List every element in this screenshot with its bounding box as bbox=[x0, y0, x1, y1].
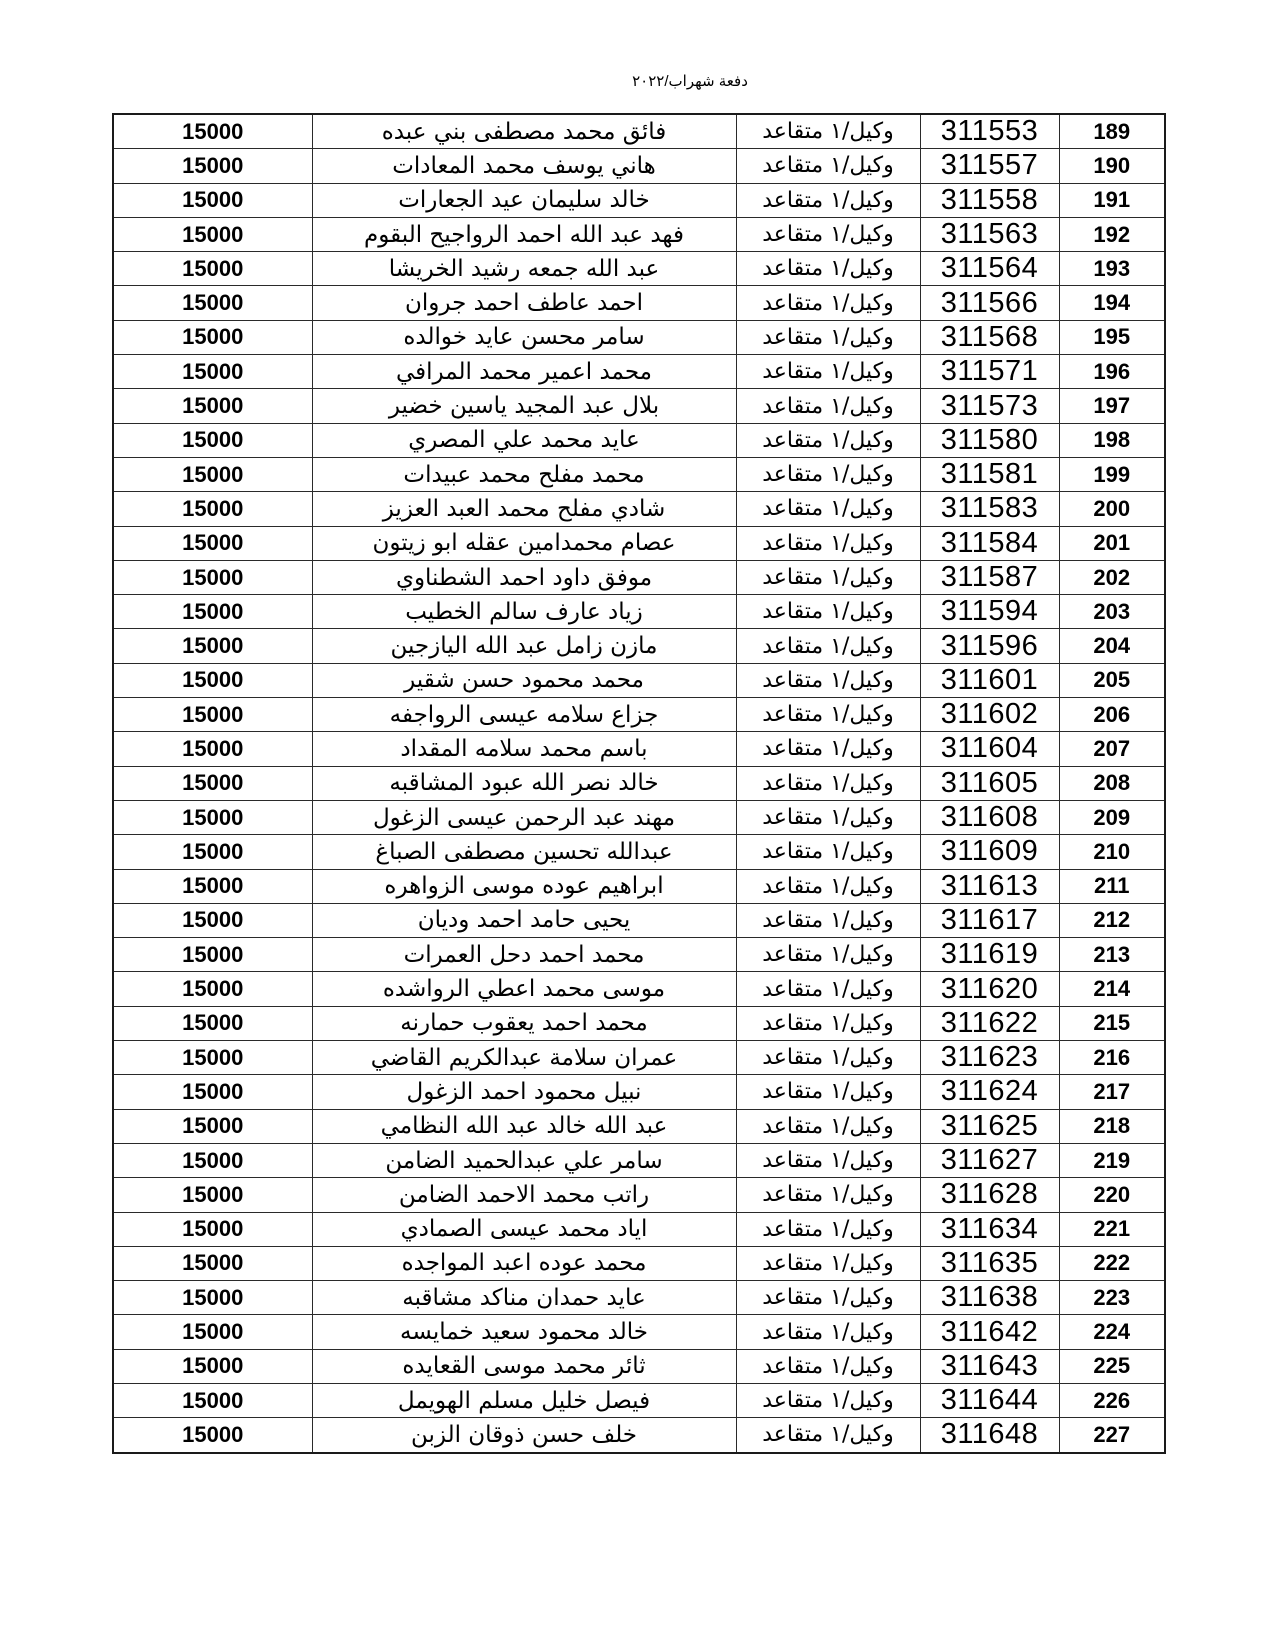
name-cell: محمد عوده اعبد المواجده bbox=[312, 1246, 736, 1280]
amount-cell: 15000 bbox=[113, 1349, 312, 1383]
military-id-cell: 311638 bbox=[920, 1281, 1059, 1315]
name-cell: خالد نصر الله عبود المشاقبه bbox=[312, 766, 736, 800]
military-id-cell: 311557 bbox=[920, 149, 1059, 183]
name-cell: محمد اعمير محمد المرافي bbox=[312, 355, 736, 389]
name-cell: عمران سلامة عبدالكريم القاضي bbox=[312, 1041, 736, 1075]
military-id-cell: 311596 bbox=[920, 629, 1059, 663]
military-id-cell: 311568 bbox=[920, 320, 1059, 354]
sequence-number-cell: 195 bbox=[1059, 320, 1165, 354]
name-cell: شادي مفلح محمد العبد العزيز bbox=[312, 492, 736, 526]
table-row: 15000سامر علي عبدالحميد الضامنوكيل/١ متق… bbox=[113, 1143, 1165, 1177]
sequence-number-cell: 190 bbox=[1059, 149, 1165, 183]
amount-cell: 15000 bbox=[113, 800, 312, 834]
table-row: 15000محمد احمد دحل العمراتوكيل/١ متقاعد3… bbox=[113, 938, 1165, 972]
military-id-cell: 311628 bbox=[920, 1178, 1059, 1212]
sequence-number-cell: 221 bbox=[1059, 1212, 1165, 1246]
sequence-number-cell: 194 bbox=[1059, 286, 1165, 320]
military-id-cell: 311627 bbox=[920, 1143, 1059, 1177]
rank-cell: وكيل/١ متقاعد bbox=[736, 1349, 920, 1383]
sequence-number-cell: 192 bbox=[1059, 217, 1165, 251]
table-row: 15000فائق محمد مصطفى بني عبدهوكيل/١ متقا… bbox=[113, 114, 1165, 149]
roster-table: 15000فائق محمد مصطفى بني عبدهوكيل/١ متقا… bbox=[112, 113, 1166, 1454]
amount-cell: 15000 bbox=[113, 423, 312, 457]
table-row: 15000موفق داود احمد الشطناويوكيل/١ متقاع… bbox=[113, 560, 1165, 594]
amount-cell: 15000 bbox=[113, 560, 312, 594]
table-row: 15000جزاع سلامه عيسى الرواجفهوكيل/١ متقا… bbox=[113, 698, 1165, 732]
military-id-cell: 311635 bbox=[920, 1246, 1059, 1280]
name-cell: عبد الله جمعه رشيد الخريشا bbox=[312, 252, 736, 286]
military-id-cell: 311624 bbox=[920, 1075, 1059, 1109]
table-row: 15000شادي مفلح محمد العبد العزيزوكيل/١ م… bbox=[113, 492, 1165, 526]
military-id-cell: 311609 bbox=[920, 835, 1059, 869]
document-title: دفعة شهراب/٢٠٢٢ bbox=[0, 72, 1275, 90]
rank-cell: وكيل/١ متقاعد bbox=[736, 355, 920, 389]
table-row: 15000اياد محمد عيسى الصماديوكيل/١ متقاعد… bbox=[113, 1212, 1165, 1246]
amount-cell: 15000 bbox=[113, 1418, 312, 1453]
sequence-number-cell: 217 bbox=[1059, 1075, 1165, 1109]
table-row: 15000خالد سليمان عيد الجعاراتوكيل/١ متقا… bbox=[113, 183, 1165, 217]
military-id-cell: 311644 bbox=[920, 1383, 1059, 1417]
rank-cell: وكيل/١ متقاعد bbox=[736, 114, 920, 149]
rank-cell: وكيل/١ متقاعد bbox=[736, 1418, 920, 1453]
table-row: 15000هاني يوسف محمد المعاداتوكيل/١ متقاع… bbox=[113, 149, 1165, 183]
table-row: 15000عايد حمدان مناكد مشاقبهوكيل/١ متقاع… bbox=[113, 1281, 1165, 1315]
table-row: 15000عايد محمد علي المصريوكيل/١ متقاعد31… bbox=[113, 423, 1165, 457]
table-row: 15000محمد عوده اعبد المواجدهوكيل/١ متقاع… bbox=[113, 1246, 1165, 1280]
sequence-number-cell: 214 bbox=[1059, 972, 1165, 1006]
sequence-number-cell: 219 bbox=[1059, 1143, 1165, 1177]
rank-cell: وكيل/١ متقاعد bbox=[736, 217, 920, 251]
military-id-cell: 311587 bbox=[920, 560, 1059, 594]
table-row: 15000بلال عبد المجيد ياسين خضيروكيل/١ مت… bbox=[113, 389, 1165, 423]
name-cell: موسى محمد اعطي الرواشده bbox=[312, 972, 736, 1006]
rank-cell: وكيل/١ متقاعد bbox=[736, 1109, 920, 1143]
table-row: 15000محمد محمود حسن شقيروكيل/١ متقاعد311… bbox=[113, 663, 1165, 697]
rank-cell: وكيل/١ متقاعد bbox=[736, 1041, 920, 1075]
sequence-number-cell: 207 bbox=[1059, 732, 1165, 766]
sequence-number-cell: 197 bbox=[1059, 389, 1165, 423]
table-row: 15000فيصل خليل مسلم الهويملوكيل/١ متقاعد… bbox=[113, 1383, 1165, 1417]
rank-cell: وكيل/١ متقاعد bbox=[736, 492, 920, 526]
rank-cell: وكيل/١ متقاعد bbox=[736, 800, 920, 834]
rank-cell: وكيل/١ متقاعد bbox=[736, 1075, 920, 1109]
table-row: 15000نبيل محمود احمد الزغولوكيل/١ متقاعد… bbox=[113, 1075, 1165, 1109]
amount-cell: 15000 bbox=[113, 663, 312, 697]
sequence-number-cell: 209 bbox=[1059, 800, 1165, 834]
rank-cell: وكيل/١ متقاعد bbox=[736, 972, 920, 1006]
table-row: 15000فهد عبد الله احمد الرواجيح البقوموك… bbox=[113, 217, 1165, 251]
amount-cell: 15000 bbox=[113, 732, 312, 766]
sequence-number-cell: 189 bbox=[1059, 114, 1165, 149]
amount-cell: 15000 bbox=[113, 1315, 312, 1349]
military-id-cell: 311619 bbox=[920, 938, 1059, 972]
table-row: 15000زياد عارف سالم الخطيبوكيل/١ متقاعد3… bbox=[113, 595, 1165, 629]
table-row: 15000مازن زامل عبد الله اليازجينوكيل/١ م… bbox=[113, 629, 1165, 663]
amount-cell: 15000 bbox=[113, 286, 312, 320]
name-cell: محمد احمد يعقوب حمارنه bbox=[312, 1006, 736, 1040]
military-id-cell: 311580 bbox=[920, 423, 1059, 457]
table-row: 15000يحيى حامد احمد وديانوكيل/١ متقاعد31… bbox=[113, 903, 1165, 937]
rank-cell: وكيل/١ متقاعد bbox=[736, 1281, 920, 1315]
military-id-cell: 311643 bbox=[920, 1349, 1059, 1383]
rank-cell: وكيل/١ متقاعد bbox=[736, 938, 920, 972]
table-row: 15000عبد الله جمعه رشيد الخريشاوكيل/١ مت… bbox=[113, 252, 1165, 286]
military-id-cell: 311620 bbox=[920, 972, 1059, 1006]
amount-cell: 15000 bbox=[113, 526, 312, 560]
sequence-number-cell: 193 bbox=[1059, 252, 1165, 286]
rank-cell: وكيل/١ متقاعد bbox=[736, 457, 920, 491]
table-row: 15000عصام محمدامين عقله ابو زيتونوكيل/١ … bbox=[113, 526, 1165, 560]
name-cell: زياد عارف سالم الخطيب bbox=[312, 595, 736, 629]
rank-cell: وكيل/١ متقاعد bbox=[736, 1006, 920, 1040]
amount-cell: 15000 bbox=[113, 629, 312, 663]
table-row: 15000خالد محمود سعيد خمايسهوكيل/١ متقاعد… bbox=[113, 1315, 1165, 1349]
name-cell: باسم محمد سلامه المقداد bbox=[312, 732, 736, 766]
amount-cell: 15000 bbox=[113, 835, 312, 869]
rank-cell: وكيل/١ متقاعد bbox=[736, 595, 920, 629]
name-cell: مازن زامل عبد الله اليازجين bbox=[312, 629, 736, 663]
rank-cell: وكيل/١ متقاعد bbox=[736, 183, 920, 217]
military-id-cell: 311564 bbox=[920, 252, 1059, 286]
sequence-number-cell: 208 bbox=[1059, 766, 1165, 800]
military-id-cell: 311563 bbox=[920, 217, 1059, 251]
rank-cell: وكيل/١ متقاعد bbox=[736, 835, 920, 869]
table-row: 15000سامر محسن عايد خوالدهوكيل/١ متقاعد3… bbox=[113, 320, 1165, 354]
sequence-number-cell: 218 bbox=[1059, 1109, 1165, 1143]
table-row: 15000باسم محمد سلامه المقدادوكيل/١ متقاع… bbox=[113, 732, 1165, 766]
sequence-number-cell: 225 bbox=[1059, 1349, 1165, 1383]
rank-cell: وكيل/١ متقاعد bbox=[736, 629, 920, 663]
rank-cell: وكيل/١ متقاعد bbox=[736, 252, 920, 286]
military-id-cell: 311634 bbox=[920, 1212, 1059, 1246]
military-id-cell: 311613 bbox=[920, 869, 1059, 903]
table-row: 15000راتب محمد الاحمد الضامنوكيل/١ متقاع… bbox=[113, 1178, 1165, 1212]
table-row: 15000عمران سلامة عبدالكريم القاضيوكيل/١ … bbox=[113, 1041, 1165, 1075]
sequence-number-cell: 210 bbox=[1059, 835, 1165, 869]
amount-cell: 15000 bbox=[113, 1383, 312, 1417]
sequence-number-cell: 201 bbox=[1059, 526, 1165, 560]
rank-cell: وكيل/١ متقاعد bbox=[736, 320, 920, 354]
sequence-number-cell: 202 bbox=[1059, 560, 1165, 594]
amount-cell: 15000 bbox=[113, 1212, 312, 1246]
amount-cell: 15000 bbox=[113, 972, 312, 1006]
sequence-number-cell: 222 bbox=[1059, 1246, 1165, 1280]
name-cell: فائق محمد مصطفى بني عبده bbox=[312, 114, 736, 149]
military-id-cell: 311608 bbox=[920, 800, 1059, 834]
sequence-number-cell: 205 bbox=[1059, 663, 1165, 697]
name-cell: عصام محمدامين عقله ابو زيتون bbox=[312, 526, 736, 560]
amount-cell: 15000 bbox=[113, 1006, 312, 1040]
table-row: 15000مهند عبد الرحمن عيسى الزغولوكيل/١ م… bbox=[113, 800, 1165, 834]
rank-cell: وكيل/١ متقاعد bbox=[736, 1212, 920, 1246]
name-cell: اياد محمد عيسى الصمادي bbox=[312, 1212, 736, 1246]
military-id-cell: 311622 bbox=[920, 1006, 1059, 1040]
military-id-cell: 311623 bbox=[920, 1041, 1059, 1075]
amount-cell: 15000 bbox=[113, 149, 312, 183]
amount-cell: 15000 bbox=[113, 903, 312, 937]
name-cell: ثائر محمد موسى القعايده bbox=[312, 1349, 736, 1383]
rank-cell: وكيل/١ متقاعد bbox=[736, 903, 920, 937]
name-cell: فهد عبد الله احمد الرواجيح البقوم bbox=[312, 217, 736, 251]
rank-cell: وكيل/١ متقاعد bbox=[736, 560, 920, 594]
amount-cell: 15000 bbox=[113, 114, 312, 149]
name-cell: مهند عبد الرحمن عيسى الزغول bbox=[312, 800, 736, 834]
military-id-cell: 311573 bbox=[920, 389, 1059, 423]
amount-cell: 15000 bbox=[113, 938, 312, 972]
military-id-cell: 311601 bbox=[920, 663, 1059, 697]
rank-cell: وكيل/١ متقاعد bbox=[736, 1246, 920, 1280]
sequence-number-cell: 213 bbox=[1059, 938, 1165, 972]
name-cell: عايد حمدان مناكد مشاقبه bbox=[312, 1281, 736, 1315]
name-cell: عايد محمد علي المصري bbox=[312, 423, 736, 457]
rank-cell: وكيل/١ متقاعد bbox=[736, 698, 920, 732]
sequence-number-cell: 206 bbox=[1059, 698, 1165, 732]
rank-cell: وكيل/١ متقاعد bbox=[736, 732, 920, 766]
table-row: 15000محمد احمد يعقوب حمارنهوكيل/١ متقاعد… bbox=[113, 1006, 1165, 1040]
amount-cell: 15000 bbox=[113, 1041, 312, 1075]
amount-cell: 15000 bbox=[113, 183, 312, 217]
sequence-number-cell: 227 bbox=[1059, 1418, 1165, 1453]
amount-cell: 15000 bbox=[113, 252, 312, 286]
name-cell: احمد عاطف احمد جروان bbox=[312, 286, 736, 320]
table-row: 15000موسى محمد اعطي الرواشدهوكيل/١ متقاع… bbox=[113, 972, 1165, 1006]
military-id-cell: 311558 bbox=[920, 183, 1059, 217]
table-row: 15000احمد عاطف احمد جروانوكيل/١ متقاعد31… bbox=[113, 286, 1165, 320]
amount-cell: 15000 bbox=[113, 355, 312, 389]
sequence-number-cell: 220 bbox=[1059, 1178, 1165, 1212]
table-row: 15000محمد مفلح محمد عبيداتوكيل/١ متقاعد3… bbox=[113, 457, 1165, 491]
amount-cell: 15000 bbox=[113, 320, 312, 354]
name-cell: فيصل خليل مسلم الهويمل bbox=[312, 1383, 736, 1417]
name-cell: خالد محمود سعيد خمايسه bbox=[312, 1315, 736, 1349]
name-cell: راتب محمد الاحمد الضامن bbox=[312, 1178, 736, 1212]
table-row: 15000محمد اعمير محمد المرافيوكيل/١ متقاع… bbox=[113, 355, 1165, 389]
name-cell: محمد احمد دحل العمرات bbox=[312, 938, 736, 972]
name-cell: بلال عبد المجيد ياسين خضير bbox=[312, 389, 736, 423]
rank-cell: وكيل/١ متقاعد bbox=[736, 1178, 920, 1212]
sequence-number-cell: 211 bbox=[1059, 869, 1165, 903]
military-id-cell: 311583 bbox=[920, 492, 1059, 526]
table-row: 15000ابراهيم عوده موسى الزواهرهوكيل/١ مت… bbox=[113, 869, 1165, 903]
name-cell: محمد مفلح محمد عبيدات bbox=[312, 457, 736, 491]
amount-cell: 15000 bbox=[113, 1246, 312, 1280]
military-id-cell: 311642 bbox=[920, 1315, 1059, 1349]
military-id-cell: 311566 bbox=[920, 286, 1059, 320]
name-cell: نبيل محمود احمد الزغول bbox=[312, 1075, 736, 1109]
table-row: 15000خلف حسن ذوقان الزبنوكيل/١ متقاعد311… bbox=[113, 1418, 1165, 1453]
military-id-cell: 311553 bbox=[920, 114, 1059, 149]
name-cell: خالد سليمان عيد الجعارات bbox=[312, 183, 736, 217]
name-cell: جزاع سلامه عيسى الرواجفه bbox=[312, 698, 736, 732]
amount-cell: 15000 bbox=[113, 457, 312, 491]
name-cell: عبدالله تحسين مصطفى الصباغ bbox=[312, 835, 736, 869]
name-cell: محمد محمود حسن شقير bbox=[312, 663, 736, 697]
sequence-number-cell: 226 bbox=[1059, 1383, 1165, 1417]
sequence-number-cell: 223 bbox=[1059, 1281, 1165, 1315]
name-cell: خلف حسن ذوقان الزبن bbox=[312, 1418, 736, 1453]
amount-cell: 15000 bbox=[113, 869, 312, 903]
amount-cell: 15000 bbox=[113, 766, 312, 800]
military-id-cell: 311648 bbox=[920, 1418, 1059, 1453]
name-cell: عبد الله خالد عبد الله النظامي bbox=[312, 1109, 736, 1143]
rank-cell: وكيل/١ متقاعد bbox=[736, 1315, 920, 1349]
sequence-number-cell: 198 bbox=[1059, 423, 1165, 457]
rank-cell: وكيل/١ متقاعد bbox=[736, 286, 920, 320]
amount-cell: 15000 bbox=[113, 595, 312, 629]
amount-cell: 15000 bbox=[113, 1143, 312, 1177]
name-cell: موفق داود احمد الشطناوي bbox=[312, 560, 736, 594]
military-id-cell: 311617 bbox=[920, 903, 1059, 937]
name-cell: يحيى حامد احمد وديان bbox=[312, 903, 736, 937]
amount-cell: 15000 bbox=[113, 1075, 312, 1109]
table-row: 15000عبدالله تحسين مصطفى الصباغوكيل/١ مت… bbox=[113, 835, 1165, 869]
table-row: 15000خالد نصر الله عبود المشاقبهوكيل/١ م… bbox=[113, 766, 1165, 800]
military-id-cell: 311594 bbox=[920, 595, 1059, 629]
amount-cell: 15000 bbox=[113, 1178, 312, 1212]
rank-cell: وكيل/١ متقاعد bbox=[736, 1383, 920, 1417]
sequence-number-cell: 215 bbox=[1059, 1006, 1165, 1040]
roster-table-body: 15000فائق محمد مصطفى بني عبدهوكيل/١ متقا… bbox=[113, 114, 1165, 1453]
amount-cell: 15000 bbox=[113, 492, 312, 526]
military-id-cell: 311625 bbox=[920, 1109, 1059, 1143]
table-row: 15000ثائر محمد موسى القعايدهوكيل/١ متقاع… bbox=[113, 1349, 1165, 1383]
military-id-cell: 311604 bbox=[920, 732, 1059, 766]
rank-cell: وكيل/١ متقاعد bbox=[736, 663, 920, 697]
rank-cell: وكيل/١ متقاعد bbox=[736, 149, 920, 183]
sequence-number-cell: 199 bbox=[1059, 457, 1165, 491]
military-id-cell: 311584 bbox=[920, 526, 1059, 560]
table-row: 15000عبد الله خالد عبد الله النظاميوكيل/… bbox=[113, 1109, 1165, 1143]
rank-cell: وكيل/١ متقاعد bbox=[736, 766, 920, 800]
amount-cell: 15000 bbox=[113, 698, 312, 732]
name-cell: سامر محسن عايد خوالده bbox=[312, 320, 736, 354]
military-id-cell: 311602 bbox=[920, 698, 1059, 732]
rank-cell: وكيل/١ متقاعد bbox=[736, 1143, 920, 1177]
sequence-number-cell: 191 bbox=[1059, 183, 1165, 217]
sequence-number-cell: 224 bbox=[1059, 1315, 1165, 1349]
military-id-cell: 311571 bbox=[920, 355, 1059, 389]
rank-cell: وكيل/١ متقاعد bbox=[736, 389, 920, 423]
sequence-number-cell: 203 bbox=[1059, 595, 1165, 629]
sequence-number-cell: 216 bbox=[1059, 1041, 1165, 1075]
rank-cell: وكيل/١ متقاعد bbox=[736, 423, 920, 457]
name-cell: هاني يوسف محمد المعادات bbox=[312, 149, 736, 183]
sequence-number-cell: 212 bbox=[1059, 903, 1165, 937]
sequence-number-cell: 204 bbox=[1059, 629, 1165, 663]
name-cell: ابراهيم عوده موسى الزواهره bbox=[312, 869, 736, 903]
sequence-number-cell: 200 bbox=[1059, 492, 1165, 526]
amount-cell: 15000 bbox=[113, 389, 312, 423]
military-id-cell: 311605 bbox=[920, 766, 1059, 800]
amount-cell: 15000 bbox=[113, 217, 312, 251]
military-id-cell: 311581 bbox=[920, 457, 1059, 491]
rank-cell: وكيل/١ متقاعد bbox=[736, 869, 920, 903]
rank-cell: وكيل/١ متقاعد bbox=[736, 526, 920, 560]
name-cell: سامر علي عبدالحميد الضامن bbox=[312, 1143, 736, 1177]
sequence-number-cell: 196 bbox=[1059, 355, 1165, 389]
amount-cell: 15000 bbox=[113, 1281, 312, 1315]
amount-cell: 15000 bbox=[113, 1109, 312, 1143]
